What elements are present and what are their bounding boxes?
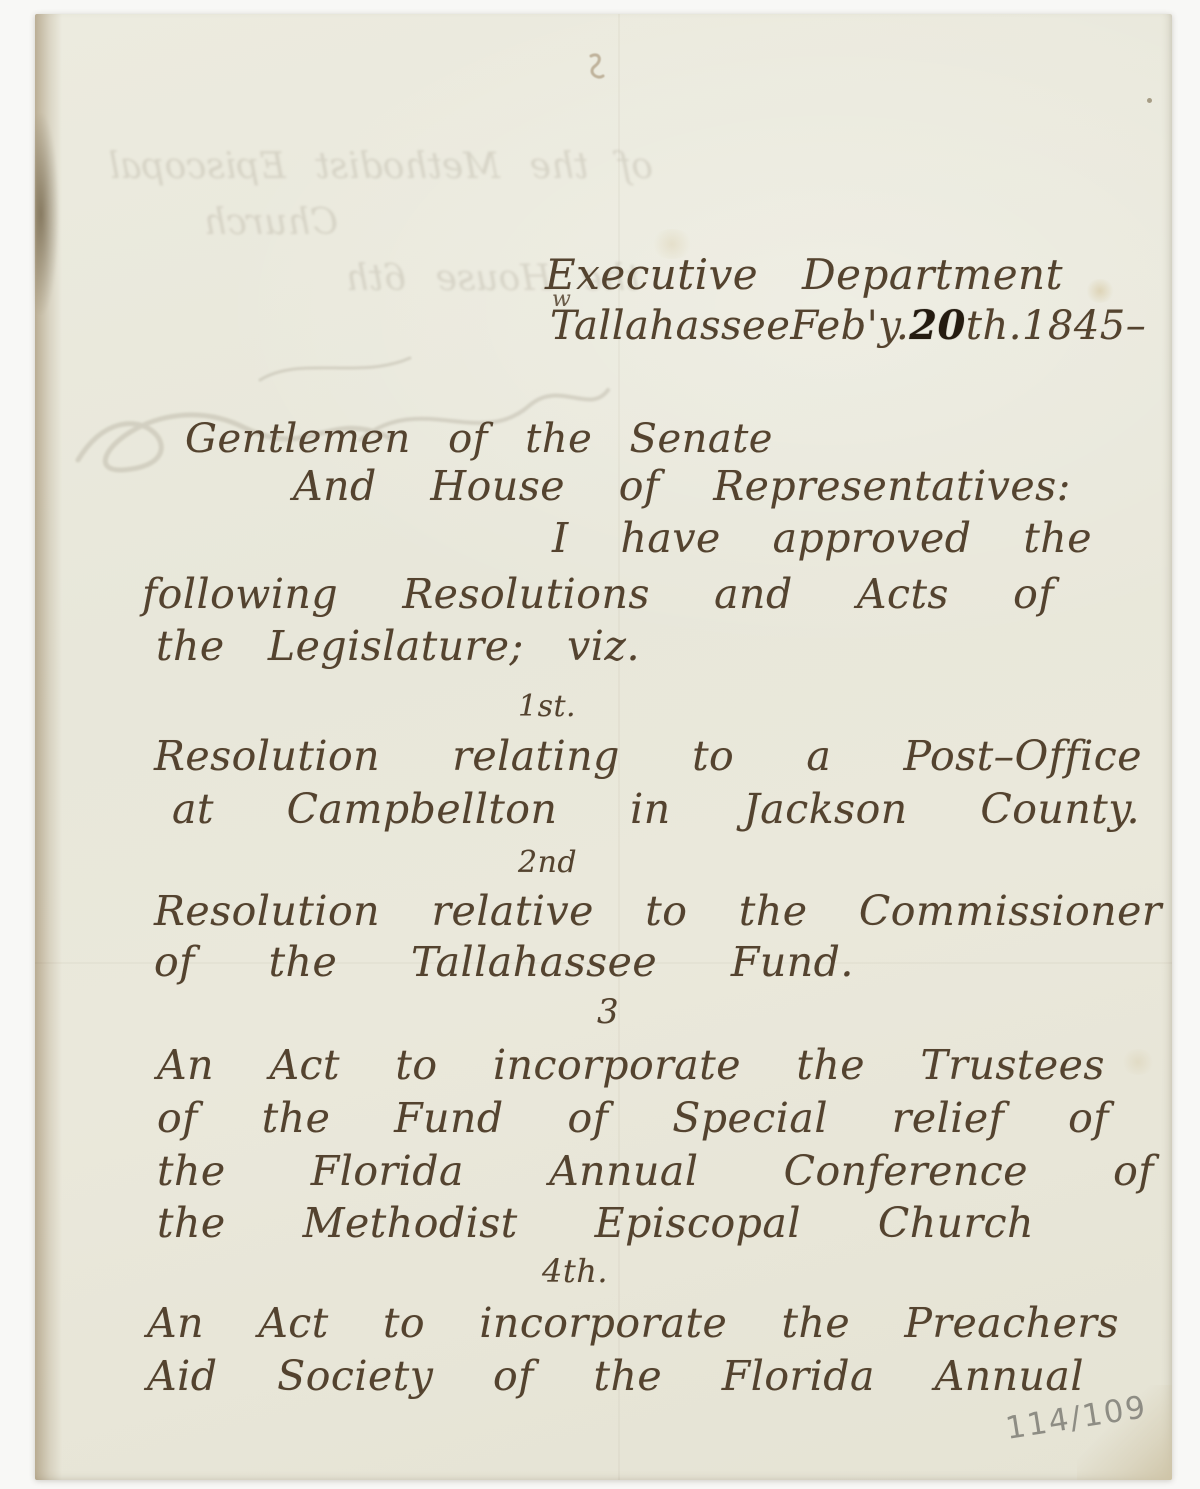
item-number-2nd: 2nd <box>518 846 577 879</box>
month-abbr: Feb'y. <box>790 304 909 348</box>
bleedthrough-text: Church <box>178 202 338 243</box>
inserted-mark: w <box>552 288 571 312</box>
bleedthrough-text: of the Methodist Episcopal <box>88 146 653 187</box>
document-scan-page: of the Methodist Episcopal Church the Ho… <box>0 0 1200 1489</box>
body-line: ResolutionrelatingtoaPost–Office <box>154 734 1142 779</box>
body-line: Ihaveapprovedthe <box>552 516 1092 561</box>
body-line: AnActtoincorporatethePreachers <box>147 1301 1119 1346</box>
foxing-stain <box>1085 279 1115 303</box>
body-line: atCampbelltoninJacksonCounty. <box>172 787 1140 832</box>
paper-left-edge-stain <box>35 114 59 314</box>
item-number-4th: 4th. <box>542 1254 608 1289</box>
foxing-stain <box>1120 1049 1156 1075</box>
day-of-month: 20th. <box>909 304 1022 348</box>
body-line: AnActtoincorporatetheTrustees <box>157 1043 1105 1088</box>
place-date-line: w Tallahassee Feb'y. 20th. 1845– <box>550 304 1138 348</box>
body-line: followingResolutionsandActsof <box>142 572 1054 617</box>
ink-speck <box>1147 98 1152 103</box>
year: 1845– <box>1022 304 1146 348</box>
body-line: theLegislature;viz. <box>156 624 640 669</box>
body-line: oftheFundofSpecialreliefof <box>157 1096 1109 1141</box>
salutation-line-2: AndHouseofRepresentatives: <box>293 464 1071 509</box>
stray-ink-fleck <box>583 50 613 86</box>
place-name: Tallahassee <box>550 304 790 348</box>
body-line: ResolutionrelativetotheCommissioner <box>154 889 1162 934</box>
body-line: theMethodistEpiscopalChurch <box>157 1201 1034 1246</box>
item-number-1st: 1st. <box>518 690 576 723</box>
body-line: AidSocietyoftheFloridaAnnual <box>147 1354 1084 1399</box>
body-line: theFloridaAnnualConferenceof <box>157 1149 1154 1194</box>
item-number-3: 3 <box>597 994 619 1031</box>
body-line: oftheTallahasseeFund. <box>154 940 854 985</box>
heading-executive-department: ExecutiveDepartment <box>545 252 1063 298</box>
salutation-line-1: GentlemenoftheSenate <box>185 417 773 461</box>
